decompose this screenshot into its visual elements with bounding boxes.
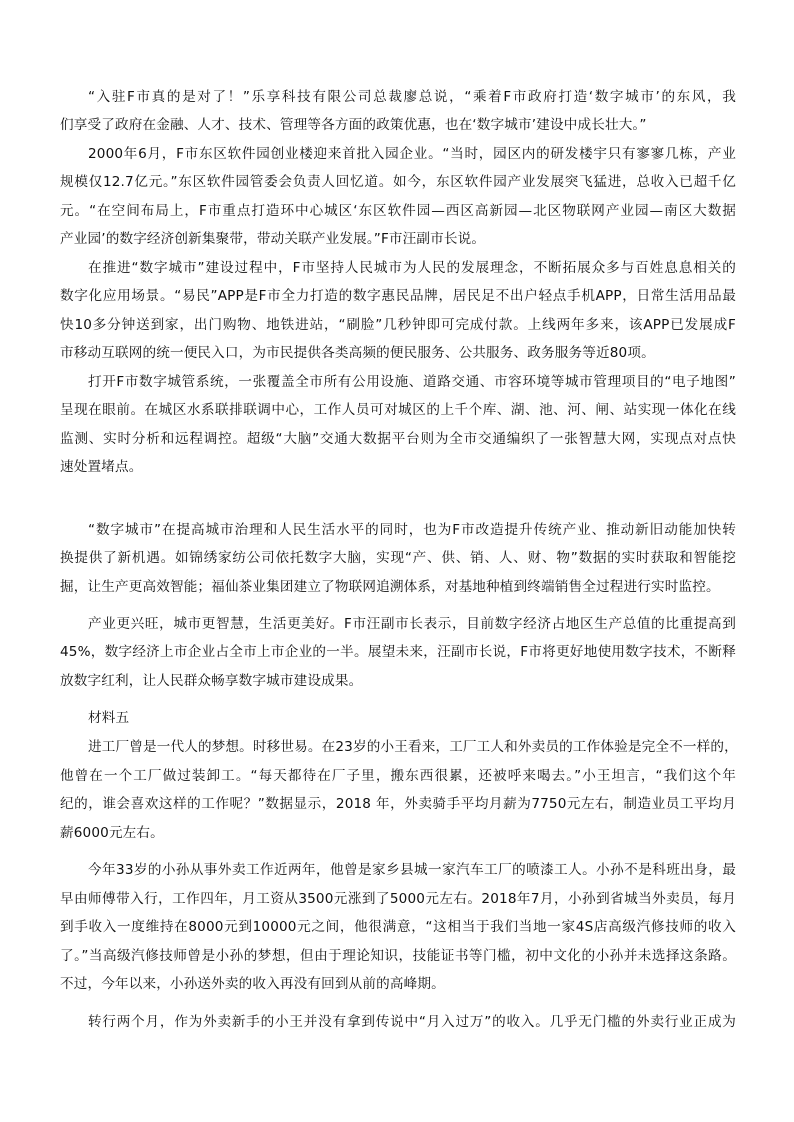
- paragraph-line: 在推进“数字城市”建设过程中，F市坚持人民城市为人民的发展理念，不断拓展众多与百…: [88, 258, 736, 278]
- paragraph-line: 规模仅12.7亿元。”东区软件园管委会负责人回忆道。如今，东区软件园产业发展突飞…: [60, 172, 736, 192]
- paragraph-line: 了。”当高级汽修技师曾是小孙的梦想，但由于理论知识，技能证书等门槛，初中文化的小…: [60, 946, 736, 966]
- paragraph-line: 打开F市数字城管系统，一张覆盖全市所有公用设施、道路交通、市容环境等城市管理项目…: [88, 372, 736, 392]
- paragraph-line: 换提供了新机遇。如锦绣家纺公司依托数字大脑，实现“产、供、销、人、财、物”数据的…: [60, 548, 736, 568]
- paragraph-line: 45%，数字经济上市企业占全市上市企业的一半。展望未来，汪副市长说，F市将更好地…: [60, 642, 736, 662]
- paragraph-line: “数字城市”在提高城市治理和人民生活水平的同时，也为F市改造提升传统产业、推动新…: [88, 520, 736, 540]
- paragraph-line: 产业更兴旺，城市更智慧，生活更美好。F市汪副市长表示，目前数字经济占地区生产总值…: [88, 614, 736, 634]
- document-page: “入驻F市真的是对了！”乐享科技有限公司总裁廖总说，“乘着F市政府打造‘数字城市…: [0, 0, 794, 1122]
- paragraph-line: 快10多分钟送到家，出门购物、地铁进站，“刷脸”几秒钟即可完成付款。上线两年多来…: [60, 315, 736, 335]
- paragraph-line: 2000年6月，F市东区软件园创业楼迎来首批入园企业。“当时，园区内的研发楼宇只…: [88, 144, 736, 164]
- paragraph-line: 数字化应用场景。“易民”APP是F市全力打造的数字惠民品牌，居民足不出户轻点手机…: [60, 286, 736, 306]
- paragraph-line: “入驻F市真的是对了！”乐享科技有限公司总裁廖总说，“乘着F市政府打造‘数字城市…: [88, 87, 736, 107]
- paragraph-line: 呈现在眼前。在城区水系联排联调中心，工作人员可对城区的上千个库、湖、池、河、闸、…: [60, 400, 736, 420]
- paragraph-line: 速处置堵点。: [60, 457, 736, 477]
- paragraph-line: 今年33岁的小孙从事外卖工作近两年，他曾是家乡县城一家汽车工厂的喷漆工人。小孙不…: [88, 860, 736, 880]
- paragraph-line: 到手收入一度维持在8000元到10000元之间，他很满意，“这相当于我们当地一家…: [60, 917, 736, 937]
- paragraph-line: 纪的，谁会喜欢这样的工作呢？”数据显示，2018 年，外卖骑手平均月薪为7750…: [60, 794, 736, 814]
- paragraph-line: 薪6000元左右。: [60, 823, 736, 843]
- paragraph-line: 元。“在空间布局上，F市重点打造环中心城区‘东区软件园—西区高新园—北区物联网产…: [60, 201, 736, 221]
- paragraph-line: 市移动互联网的统一便民入口，为市民提供各类高频的便民服务、公共服务、政务服务等近…: [60, 343, 736, 363]
- section-heading: 材料五: [88, 708, 736, 728]
- paragraph-line: 放数字红利，让人民群众畅享数字城市建设成果。: [60, 671, 736, 691]
- paragraph-line: 产业园’的数字经济创新集聚带，带动关联产业发展。”F市汪副市长说。: [60, 229, 736, 249]
- paragraph-line: 监测、实时分析和远程调控。超级“大脑”交通大数据平台则为全市交通编织了一张智慧大…: [60, 429, 736, 449]
- paragraph-line: 进工厂曾是一代人的梦想。时移世易。在23岁的小王看来，工厂工人和外卖员的工作体验…: [88, 737, 736, 757]
- paragraph-line: 不过，今年以来，小孙送外卖的收入再没有回到从前的高峰期。: [60, 974, 736, 994]
- paragraph-line: 他曾在一个工厂做过装卸工。“每天都待在厂子里，搬东西很累，还被呼来喝去。”小王坦…: [60, 766, 736, 786]
- paragraph-line: 转行两个月，作为外卖新手的小王并没有拿到传说中“月入过万”的收入。几乎无门槛的外…: [88, 1012, 736, 1032]
- paragraph-line: 早由师傅带入行，工作四年，月工资从3500元涨到了5000元左右。2018年7月…: [60, 889, 736, 909]
- paragraph-line: 们享受了政府在金融、人才、技术、管理等各方面的政策优惠，也在‘数字城市’建设中成…: [60, 115, 736, 135]
- paragraph-line: 掘，让生产更高效智能；福仙茶业集团建立了物联网追溯体系，对基地种植到终端销售全过…: [60, 577, 736, 597]
